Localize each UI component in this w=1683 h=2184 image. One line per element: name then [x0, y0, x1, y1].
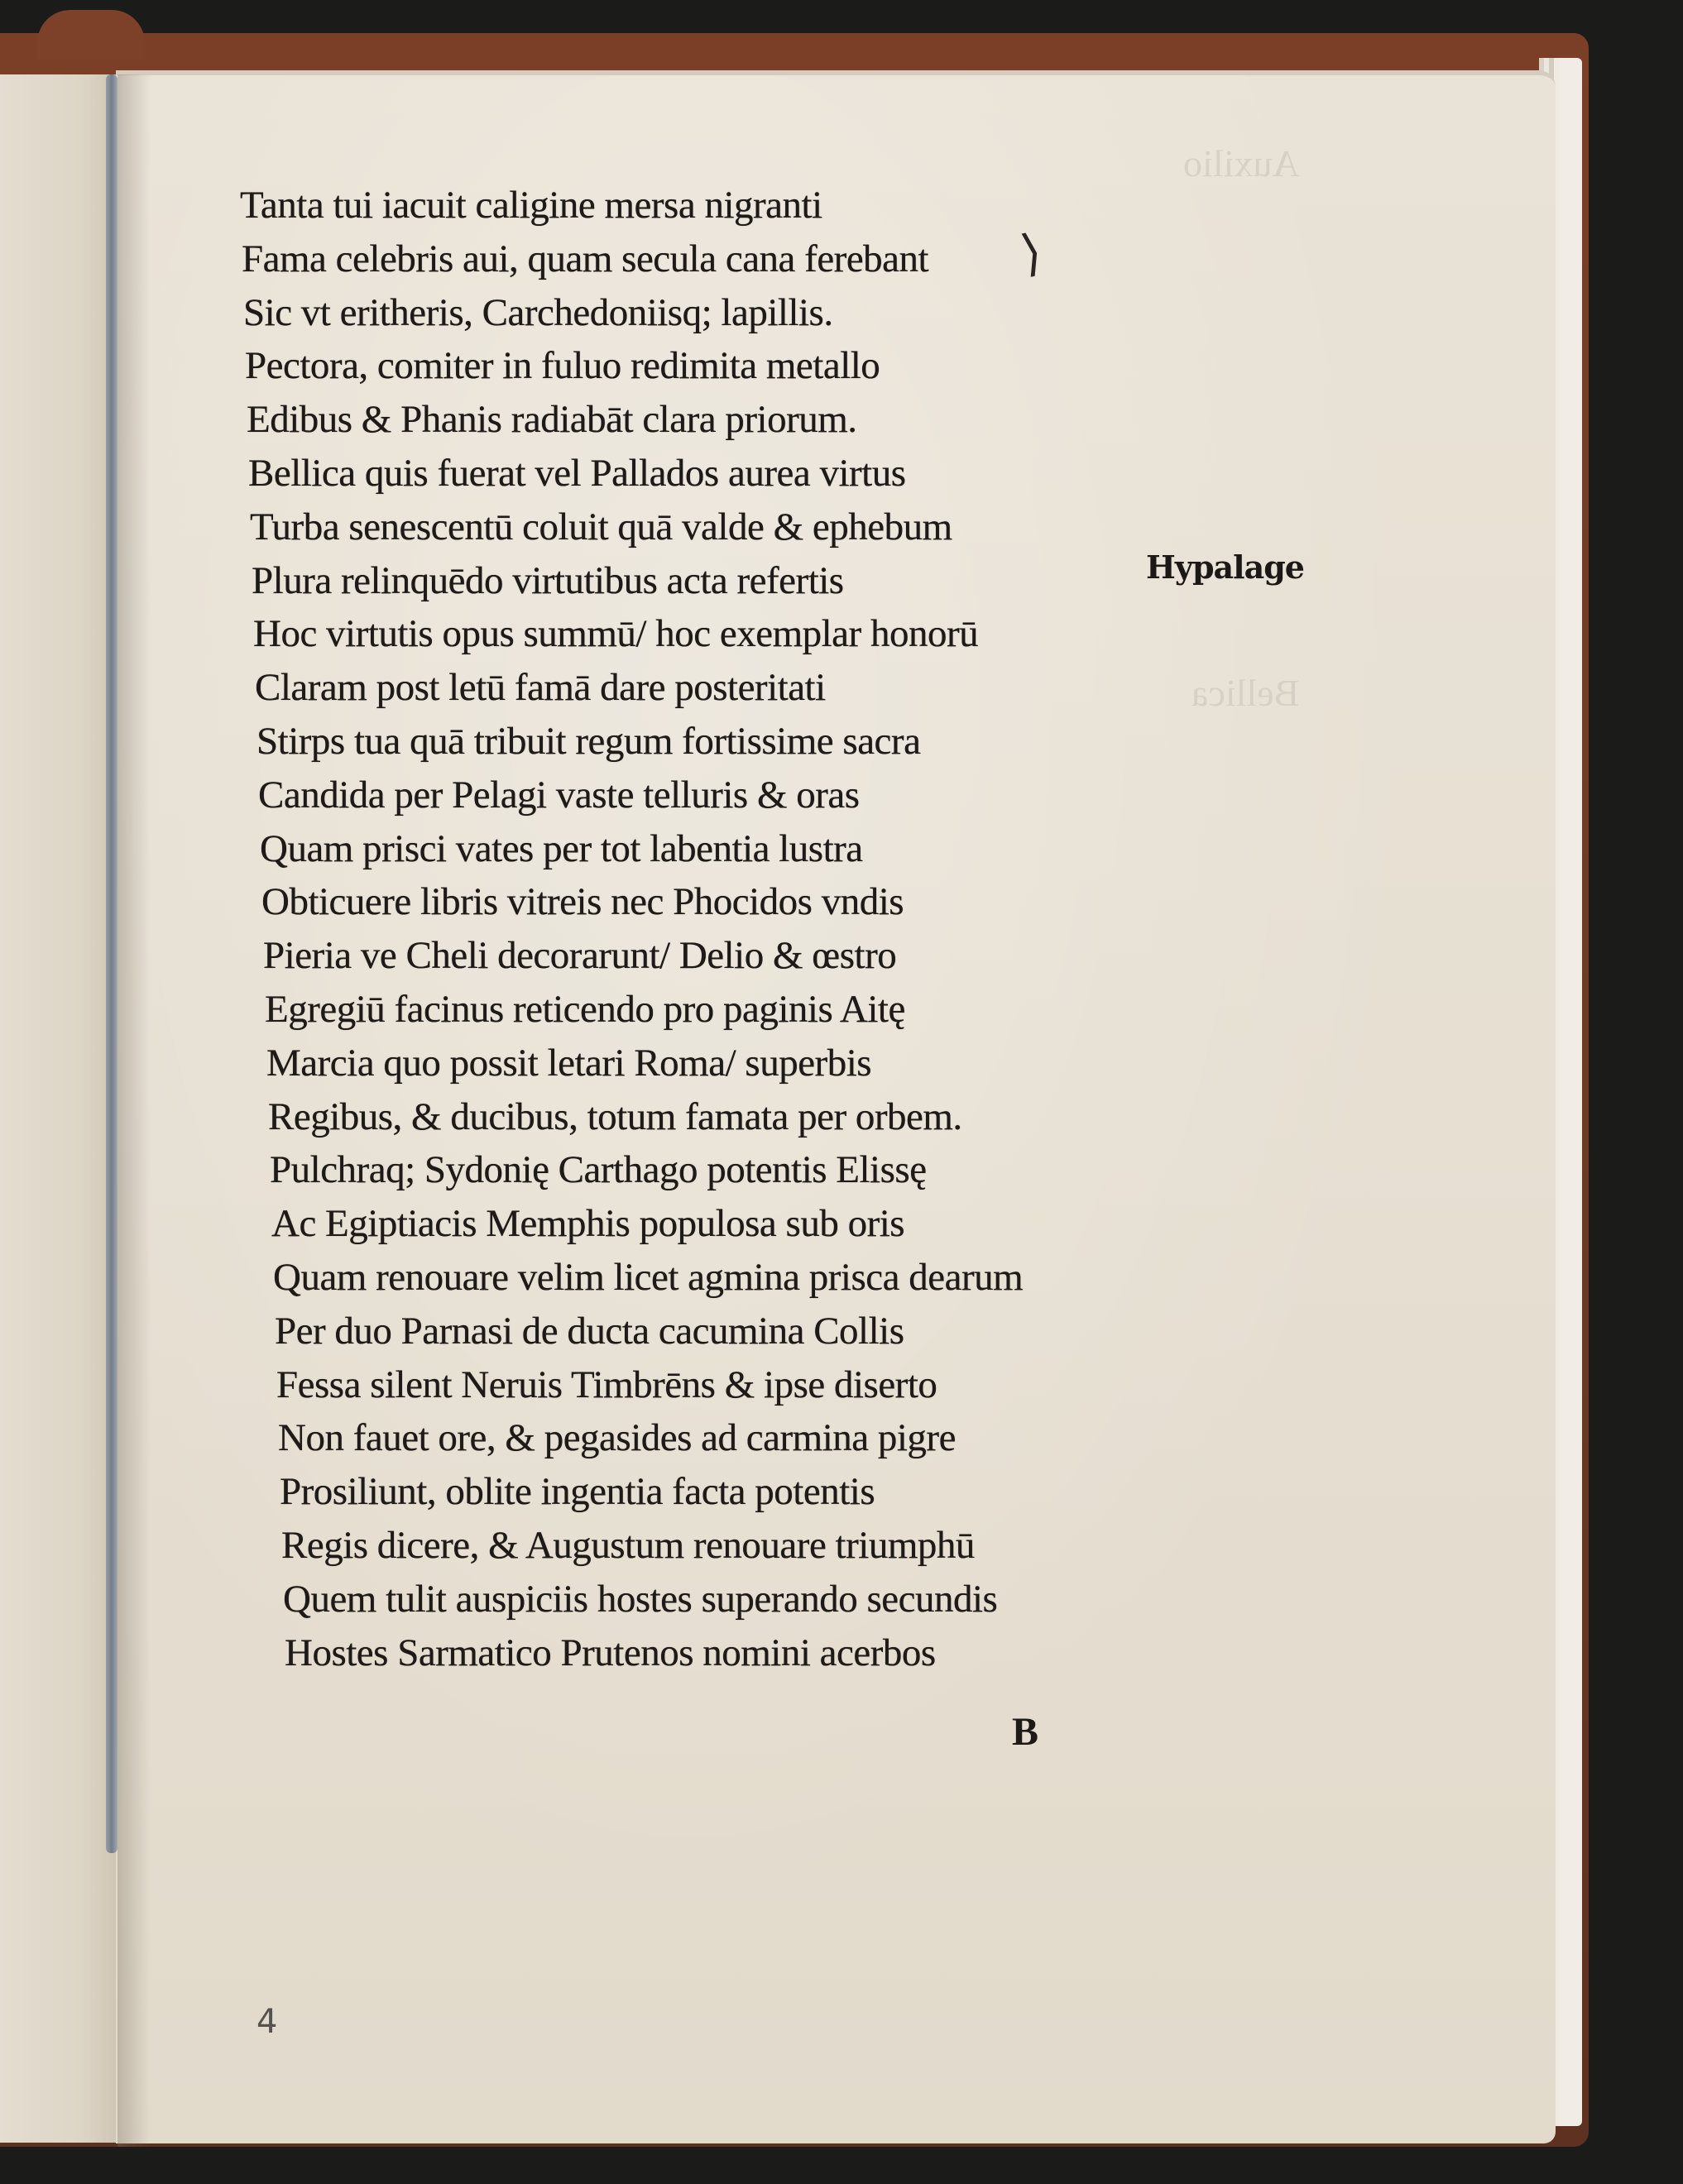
verse-line: Per duo Parnasi de ducta cacumina Collis [275, 1305, 1274, 1358]
verse-line: Stirps tua quā tribuit regum fortissime … [257, 715, 1274, 769]
verse-line: Obticuere libris vitreis nec Phocidos vn… [261, 875, 1274, 929]
binding-headcap [37, 10, 145, 60]
verse-line: Claram post letū famā dare posteritati [255, 661, 1274, 715]
verse-line: Tanta tui iacuit caligine mersa nigranti [240, 179, 1274, 232]
verse-line: Hostes Sarmatico Prutenos nomini acerbos [285, 1626, 1274, 1680]
verse-line: Quam renouare velim licet agmina prisca … [273, 1251, 1274, 1305]
verse-line: Egregiū facinus reticendo pro paginis Ai… [265, 983, 1274, 1037]
verse-line: Pulchraq; Sydonię Carthago potentis Elis… [270, 1143, 1274, 1197]
verse-line: Quem tulit auspiciis hostes superando se… [283, 1573, 1274, 1626]
verse-line: Pieria ve Cheli decorarunt/ Delio & œstr… [263, 929, 1274, 983]
verse-line: Sic vt eritheris, Carchedoniisq; lapilli… [243, 286, 1274, 340]
verse-line: Non fauet ore, & pegasides ad carmina pi… [278, 1411, 1274, 1465]
signature-mark: B [1012, 1709, 1038, 1755]
recto-page: Auxilio Bellica Tanta tui iacuit caligin… [116, 70, 1556, 2143]
verse-line: Edibus & Phanis radiabāt clara priorum. [247, 393, 1274, 447]
pencil-folio-mark: 4 [257, 2003, 277, 2041]
verse-line: Plura relinquēdo virtutibus acta referti… [252, 554, 1274, 608]
verse-line: Bellica quis fuerat vel Pallados aurea v… [248, 447, 1274, 500]
verse-line: Turba senescentū coluit quā valde & ephe… [250, 500, 1274, 554]
verse-line: Regis dicere, & Augustum renouare triump… [281, 1519, 1274, 1573]
verse-line: Candida per Pelagi vaste telluris & oras [258, 769, 1274, 822]
verse-line: Marcia quo possit letari Roma/ superbis [266, 1037, 1274, 1090]
verse-line: Ac Egiptiacis Memphis populosa sub oris [271, 1197, 1274, 1251]
verse-line: Quam prisci vates per tot labentia lustr… [260, 822, 1274, 876]
verse-line: Pectora, comiter in fuluo redimita metal… [245, 339, 1274, 393]
verse-line: Prosiliunt, oblite ingentia facta potent… [280, 1465, 1274, 1519]
verse-line: Hoc virtutis opus summū/ hoc exemplar ho… [253, 607, 1274, 661]
verse-block: Tanta tui iacuit caligine mersa nigranti… [240, 179, 1274, 1679]
verso-page-edge [0, 74, 116, 2143]
verse-line: Fessa silent Neruis Timbrēns & ipse dise… [276, 1358, 1274, 1412]
verse-line: Regibus, & ducibus, totum famata per orb… [268, 1090, 1274, 1144]
margin-note: Hypalage [1146, 548, 1304, 586]
gutter-shadow [117, 74, 151, 2147]
gutter-thread [106, 74, 117, 1853]
verse-line: Fama celebris aui, quam secula cana fere… [242, 232, 1274, 286]
